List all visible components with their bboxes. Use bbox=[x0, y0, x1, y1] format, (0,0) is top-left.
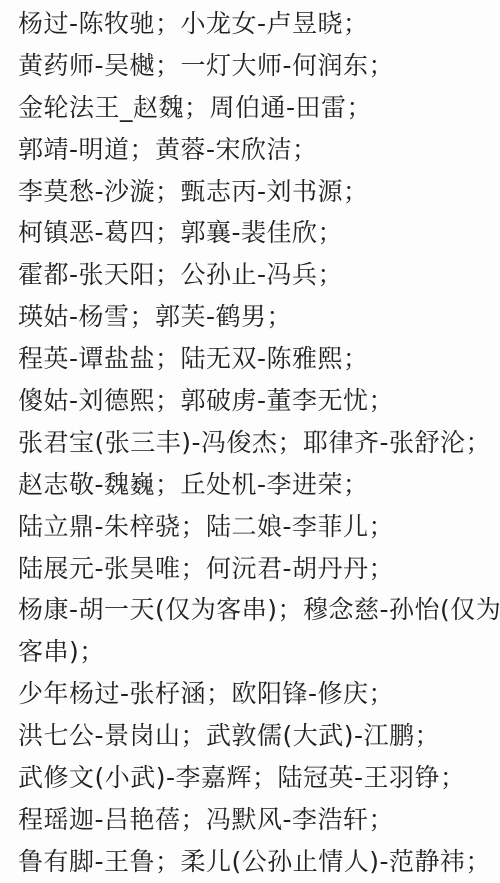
cast-line-11: 张君宝(张三丰)-冯俊杰；耶律齐-张舒沦； bbox=[18, 422, 500, 464]
cast-line-4: 郭靖-明道；黄蓉-宋欣洁； bbox=[18, 129, 500, 171]
cast-line-20: 程瑶迦-吕艳蓓；冯默风-李浩轩； bbox=[18, 799, 500, 841]
cast-line-13: 陆立鼎-朱梓骁；陆二娘-李菲儿； bbox=[18, 506, 500, 548]
cast-line-1: 杨过-陈牧驰；小龙女-卢昱晓； bbox=[18, 3, 500, 45]
cast-line-17: 少年杨过-张杍涵；欧阳锋-修庆； bbox=[18, 673, 500, 715]
cast-line-9: 程英-谭盐盐；陆无双-陈雅熙； bbox=[18, 338, 500, 380]
cast-line-16: 客串)； bbox=[18, 631, 500, 673]
cast-line-12: 赵志敬-魏巍；丘处机-李进荣； bbox=[18, 464, 500, 506]
cast-line-6: 柯镇恶-葛四；郭襄-裴佳欣； bbox=[18, 212, 500, 254]
cast-line-10: 傻姑-刘德熙；郭破虏-董李无忧； bbox=[18, 380, 500, 422]
cast-line-8: 瑛姑-杨雪；郭芙-鹤男； bbox=[18, 296, 500, 338]
cast-line-14: 陆展元-张昊唯；何沅君-胡丹丹； bbox=[18, 548, 500, 590]
cast-line-19: 武修文(小武)-李嘉辉；陆冠英-王羽铮； bbox=[18, 757, 500, 799]
cast-list: 杨过-陈牧驰；小龙女-卢昱晓； 黄药师-吴樾；一灯大师-何润东； 金轮法王_赵魏… bbox=[0, 0, 500, 883]
cast-line-15: 杨康-胡一天(仅为客串)；穆念慈-孙怡(仅为 bbox=[18, 589, 500, 631]
cast-line-2: 黄药师-吴樾；一灯大师-何润东； bbox=[18, 45, 500, 87]
cast-line-5: 李莫愁-沙漩；甄志丙-刘书源； bbox=[18, 171, 500, 213]
cast-line-3: 金轮法王_赵魏；周伯通-田雷； bbox=[18, 87, 500, 129]
cast-line-18: 洪七公-景岗山；武敦儒(大武)-江鹏； bbox=[18, 715, 500, 757]
cast-line-21: 鲁有脚-王鲁；柔儿(公孙止情人)-范静祎； bbox=[18, 841, 500, 883]
cast-line-7: 霍都-张天阳；公孙止-冯兵； bbox=[18, 254, 500, 296]
